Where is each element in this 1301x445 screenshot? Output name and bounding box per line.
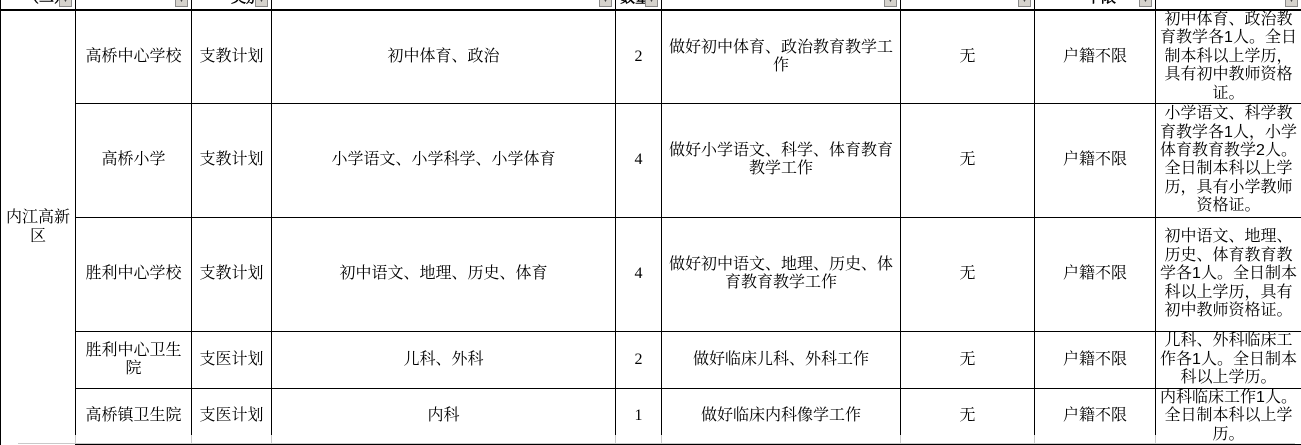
cell-restriction: 无: [901, 217, 1035, 331]
cell-count: 4: [616, 103, 662, 217]
gridline-stub: [75, 435, 76, 443]
cell-subjects: 初中语文、地理、历史、体育: [272, 217, 616, 331]
gridline-horizontal: [18, 443, 1295, 444]
gridline-stub: [1034, 435, 1035, 443]
cell-subjects: 初中体育、政治: [272, 10, 616, 103]
gridline-stub: [271, 435, 272, 443]
table-row: 内江高新区 高桥中心学校 支教计划 初中体育、政治 2 做好初中体育、政治教育教…: [1, 10, 1301, 103]
cell-requirement: 儿科、外科临床工作各1人。全日制本科以上学历。: [1156, 331, 1301, 388]
filter-dropdown-icon[interactable]: ▼: [599, 0, 612, 7]
filter-dropdown-icon[interactable]: ▼: [1018, 0, 1031, 7]
cell-hukou: 户籍不限: [1035, 217, 1156, 331]
cell-plan-type: 支教计划: [192, 103, 272, 217]
filter-dropdown-icon[interactable]: ▼: [175, 0, 188, 7]
cell-duty: 做好小学语文、科学、体育教育教学工作: [662, 103, 901, 217]
filter-dropdown-icon[interactable]: ▼: [1285, 0, 1298, 7]
cell-plan-type: 支教计划: [192, 217, 272, 331]
cell-hukou: 户籍不限: [1035, 103, 1156, 217]
gridline-stub: [661, 435, 662, 443]
table-row: 胜利中心卫生院 支医计划 儿科、外科 2 做好临床儿科、外科工作 无 户籍不限 …: [1, 331, 1301, 388]
cell-duty: 做好初中语文、地理、历史、体育教育教学工作: [662, 217, 901, 331]
cell-subjects: 小学语文、小学科学、小学体育: [272, 103, 616, 217]
gridline-stub: [900, 435, 901, 443]
cell-school: 胜利中心卫生院: [76, 331, 192, 388]
gridline-stub: [191, 435, 192, 443]
cell-region: 内江高新区: [1, 10, 76, 445]
clipped-header-cell: [901, 0, 1035, 10]
table-row: 胜利中心学校 支教计划 初中语文、地理、历史、体育 4 做好初中语文、地理、历史…: [1, 217, 1301, 331]
gridline-stub: [1155, 435, 1156, 443]
cell-restriction: 无: [901, 10, 1035, 103]
cell-school: 胜利中心学校: [76, 217, 192, 331]
cell-plan-type: 支医计划: [192, 331, 272, 388]
filter-dropdown-icon[interactable]: ▼: [59, 0, 72, 7]
filter-dropdown-icon[interactable]: ▼: [884, 0, 897, 7]
filter-dropdown-icon[interactable]: ▼: [1139, 0, 1152, 7]
cell-school: 高桥中心学校: [76, 10, 192, 103]
table-row: 高桥小学 支教计划 小学语文、小学科学、小学体育 4 做好小学语文、科学、体育教…: [1, 103, 1301, 217]
cell-subjects: 儿科、外科: [272, 331, 616, 388]
recruitment-table: 内江高新区 高桥中心学校 支教计划 初中体育、政治 2 做好初中体育、政治教育教…: [0, 0, 1301, 445]
cell-requirement: 初中体育、政治教育教学各1人。全日制本科以上学历，具有初中教师资格证。: [1156, 10, 1301, 103]
cell-restriction: 无: [901, 331, 1035, 388]
clipped-header-cell: [272, 0, 616, 10]
cell-requirement: 小学语文、科学教育教学各1人，小学体育教育教学2人。全日制本科以上学历，具有小学…: [1156, 103, 1301, 217]
cell-count: 2: [616, 331, 662, 388]
cell-school: 高桥小学: [76, 103, 192, 217]
cell-requirement: 初中语文、地理、历史、体育教育教学各1人。全日制本科以上学历，具有初中教师资格证…: [1156, 217, 1301, 331]
clipped-header-cell: [662, 0, 901, 10]
spreadsheet-table-view: 内江高新区 高桥中心学校 支教计划 初中体育、政治 2 做好初中体育、政治教育教…: [0, 0, 1301, 445]
cell-hukou: 户籍不限: [1035, 10, 1156, 103]
cell-count: 2: [616, 10, 662, 103]
clipped-header-cell: [1035, 0, 1156, 10]
clipped-header-cell: [1156, 0, 1301, 10]
cell-count: 4: [616, 217, 662, 331]
cell-restriction: 无: [901, 103, 1035, 217]
next-row-gridline-stubs: [0, 435, 1301, 445]
cell-duty: 做好临床儿科、外科工作: [662, 331, 901, 388]
cell-plan-type: 支教计划: [192, 10, 272, 103]
cell-hukou: 户籍不限: [1035, 331, 1156, 388]
filter-dropdown-icon[interactable]: ▼: [255, 0, 268, 7]
gridline-stub: [615, 435, 616, 443]
cell-duty: 做好初中体育、政治教育教学工作: [662, 10, 901, 103]
filter-dropdown-icon[interactable]: ▼: [645, 0, 658, 7]
